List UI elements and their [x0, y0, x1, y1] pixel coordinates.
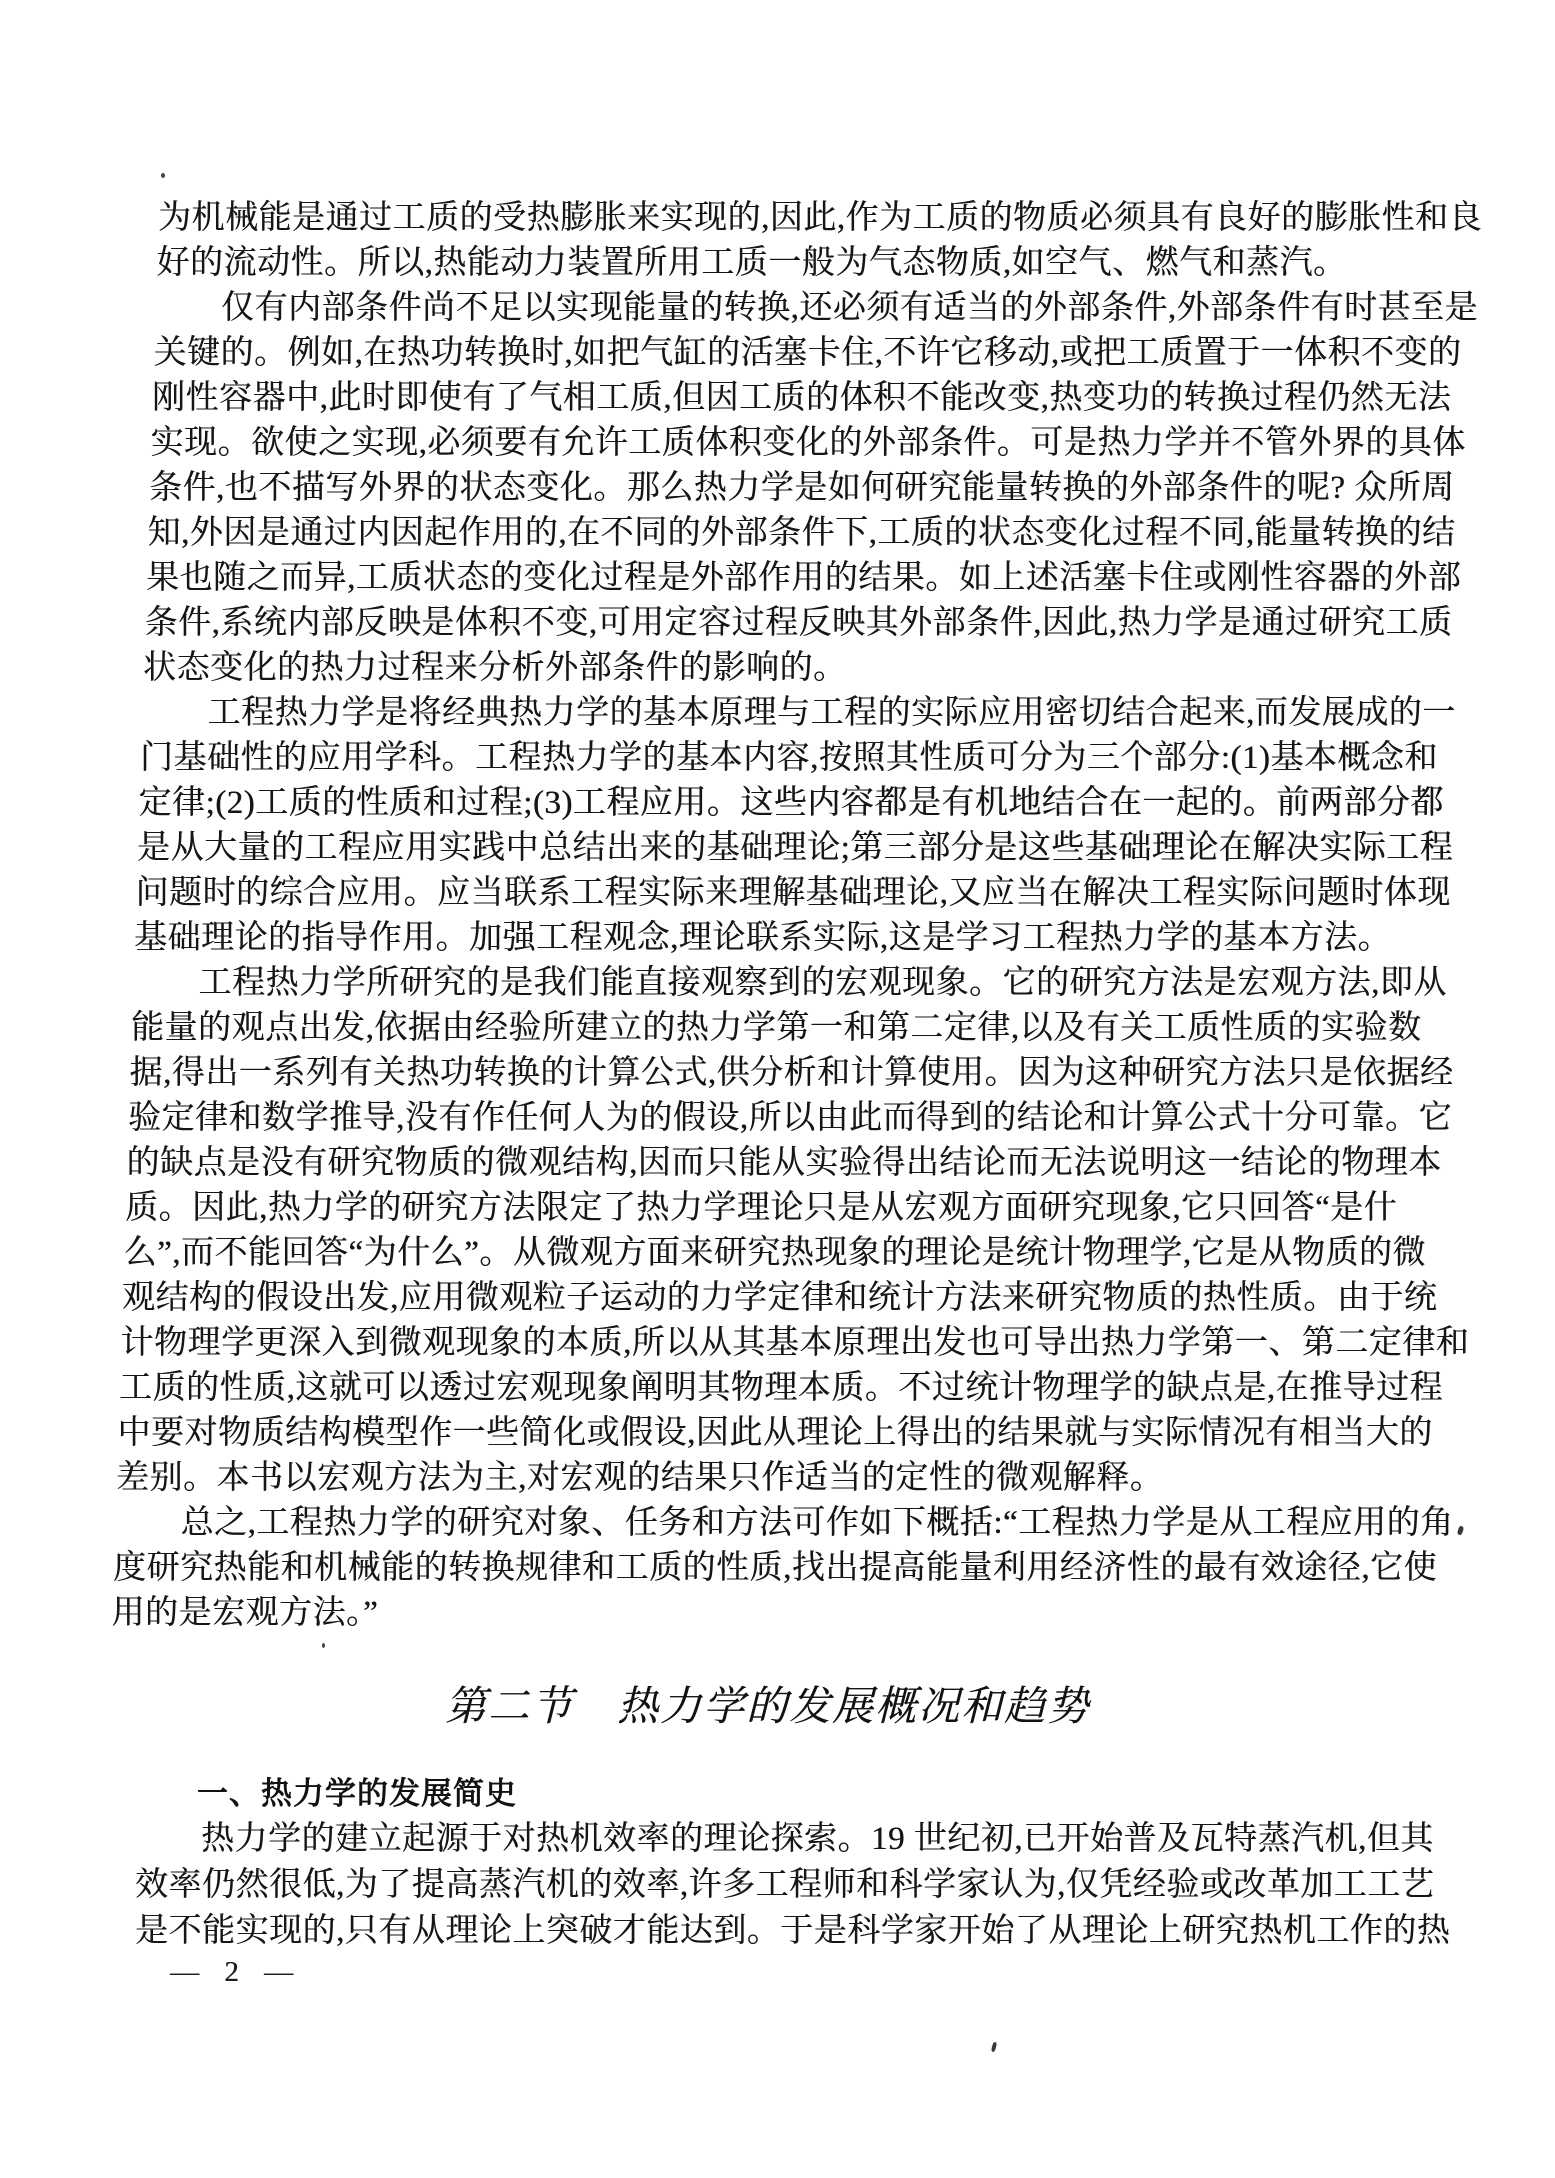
text-line: 差别。本书以宏观方法为主,对宏观的结果只作适当的定性的微观解释。	[116, 1458, 1163, 1498]
scan-artifact-tick	[991, 2042, 997, 2053]
page-number: — 2 —	[170, 1955, 294, 1989]
text-line: 条件,系统内部反映是体积不变,可用定容过程反映其外部条件,因此,热力学是通过研究…	[145, 603, 1453, 643]
text-line: 是不能实现的,只有从理论上突破才能达到。于是科学家开始了从理论上研究热机工作的热	[135, 1911, 1450, 1951]
text-line: 工程热力学是将经典热力学的基本原理与工程的实际应用密切结合起来,而发展成的一	[208, 693, 1456, 733]
text-line: 质。因此,热力学的研究方法限定了热力学理论只是从宏观方面研究现象,它只回答“是什	[125, 1188, 1397, 1228]
text-line: 知,外因是通过内因起作用的,在不同的外部条件下,工质的状态变化过程不同,能量转换…	[148, 513, 1456, 553]
scan-artifact-tick	[1457, 1525, 1465, 1535]
text-line: 问题时的综合应用。应当联系工程实际来理解基础理论,又应当在解决工程实际问题时体现	[136, 873, 1451, 913]
text-line: 能量的观点出发,依据由经验所建立的热力学第一和第二定律,以及有关工质性质的实验数	[131, 1008, 1422, 1048]
subsection-heading: 一、热力学的发展简史	[197, 1775, 517, 1813]
text-line: 工程热力学所研究的是我们能直接观察到的宏观现象。它的研究方法是宏观方法,即从	[199, 963, 1447, 1003]
text-line: 中要对物质结构模型作一些简化或假设,因此从理论上得出的结果就与实际情况有相当大的	[118, 1413, 1433, 1453]
text-line: 用的是宏观方法。”	[112, 1593, 379, 1633]
text-line: 状态变化的热力过程来分析外部条件的影响的。	[143, 648, 847, 688]
text-line: 热力学的建立起源于对热机效率的理论探索。19 世纪初,已开始普及瓦特蒸汽机,但其	[201, 1819, 1434, 1859]
text-line: 度研究热能和机械能的转换规律和工质的性质,找出提高能量利用经济性的最有效途径,它…	[113, 1548, 1437, 1588]
text-line: 定律;(2)工质的性质和过程;(3)工程应用。这些内容都是有机地结合在一起的。前…	[139, 783, 1444, 823]
text-line: 门基础性的应用学科。工程热力学的基本内容,按照其性质可分为三个部分:(1)基本概…	[140, 738, 1438, 778]
text-line: 工质的性质,这就可以透过宏观现象阐明其物理本质。不过统计物理学的缺点是,在推导过…	[119, 1368, 1443, 1408]
text-line: 关键的。例如,在热功转换时,如把气缸的活塞卡住,不许它移动,或把工质置于一体积不…	[154, 333, 1462, 373]
scanned-book-page: 第二节 热力学的发展概况和趋势 一、热力学的发展简史 — 2 — 为机械能是通过…	[0, 0, 1555, 2178]
text-line: 总之,工程热力学的研究对象、任务和方法可作如下概括:“工程热力学是从工程应用的角	[181, 1503, 1454, 1543]
text-line: 的缺点是没有研究物质的微观结构,因而只能从实验得出结论而无法说明这一结论的物理本	[127, 1143, 1442, 1183]
text-line: 观结构的假设出发,应用微观粒子运动的力学定律和统计方法来研究物质的热性质。由于统	[122, 1278, 1437, 1318]
scan-artifact-dot	[322, 1643, 325, 1648]
text-line: 实现。欲使之实现,必须要有允许工质体积变化的外部条件。可是热力学并不管外界的具体	[151, 423, 1466, 463]
text-line: 为机械能是通过工质的受热膨胀来实现的,因此,作为工质的物质必须具有良好的膨胀性和…	[158, 198, 1482, 238]
text-line: 刚性容器中,此时即使有了气相工质,但因工质的体积不能改变,热变功的转换过程仍然无…	[152, 378, 1451, 418]
text-line: 条件,也不描写外界的状态变化。那么热力学是如何研究能量转换的外部条件的呢? 众所…	[149, 468, 1455, 508]
text-line: 么”,而不能回答“为什么”。从微观方面来研究热现象的理论是统计物理学,它是从物质…	[124, 1233, 1426, 1273]
text-line: 好的流动性。所以,热能动力装置所用工质一般为气态物质,如空气、燃气和蒸汽。	[157, 243, 1347, 283]
text-line: 仅有内部条件尚不足以实现能量的转换,还必须有适当的外部条件,外部条件有时甚至是	[221, 288, 1478, 328]
text-line: 据,得出一系列有关热功转换的计算公式,供分析和计算使用。因为这种研究方法只是依据…	[130, 1053, 1454, 1093]
text-line: 是从大量的工程应用实践中总结出来的基础理论;第三部分是这些基础理论在解决实际工程	[137, 828, 1453, 868]
section-heading: 第二节 热力学的发展概况和趋势	[445, 1682, 1090, 1730]
scan-artifact-dot	[161, 173, 165, 178]
text-line: 计物理学更深入到微观现象的本质,所以从其基本原理出发也可导出热力学第一、第二定律…	[121, 1323, 1470, 1363]
text-line: 效率仍然很低,为了提高蒸汽机的效率,许多工程师和科学家认为,仅凭经验或改革加工工…	[135, 1865, 1434, 1905]
text-line: 果也随之而异,工质状态的变化过程是外部作用的结果。如上述活塞卡住或刚性容器的外部	[146, 558, 1461, 598]
text-line: 验定律和数学推导,没有作任何人为的假设,所以由此而得到的结论和计算公式十分可靠。…	[128, 1098, 1452, 1138]
text-line: 基础理论的指导作用。加强工程观念,理论联系实际,这是学习工程热力学的基本方法。	[134, 918, 1391, 958]
